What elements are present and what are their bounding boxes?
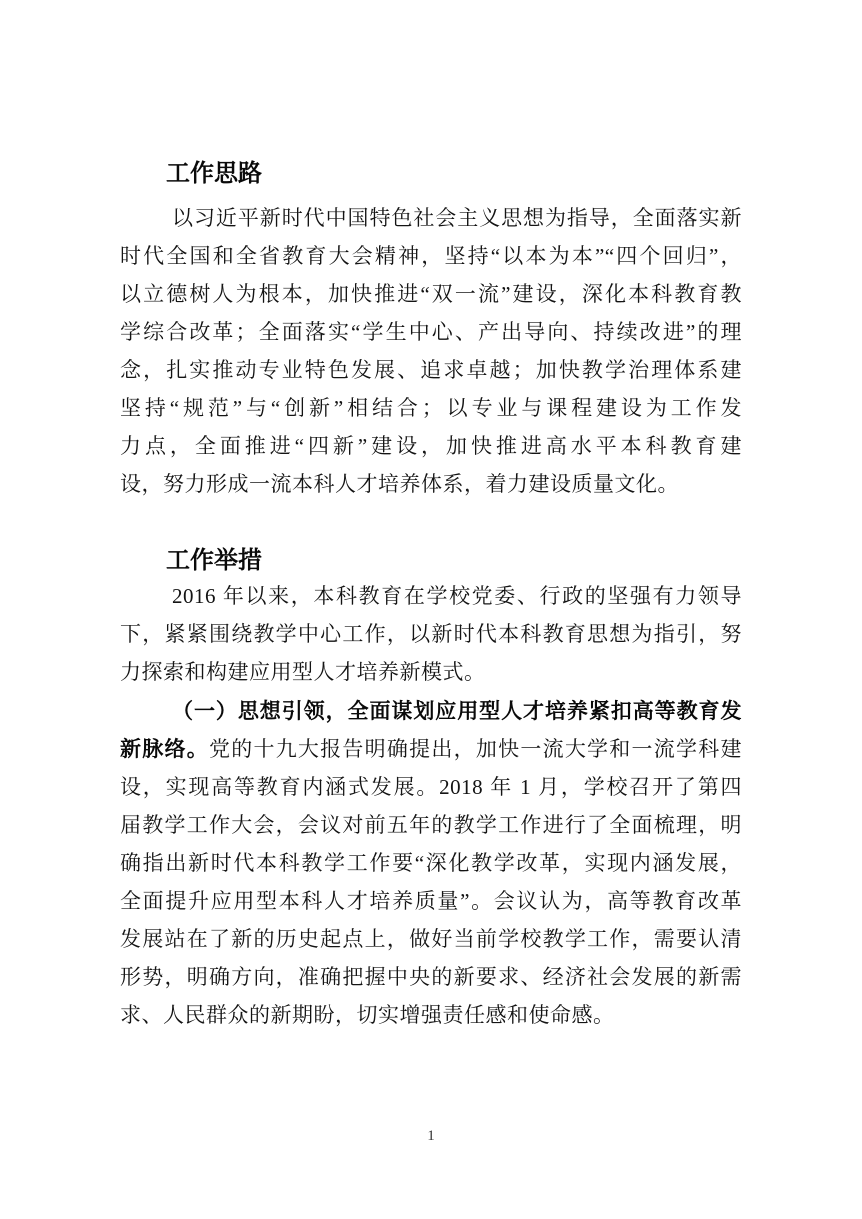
- section-heading-work-approach: 工作思路: [166, 155, 262, 193]
- text-line: 力探索和构建应用型人才培养新模式。: [120, 653, 742, 691]
- text-line: 届教学工作大会，会议对前五年的教学工作进行了全面梳理，明: [120, 806, 742, 844]
- text-segment: 党的十九大报告明确提出，加快一流大学和一流学科建: [209, 737, 742, 761]
- text-line: 确指出新时代本科教学工作要“深化教学改革，实现内涵发展，: [120, 844, 742, 882]
- page-number: 1: [0, 1125, 862, 1147]
- text-line: 设，努力形成一流本科人才培养体系，着力建设质量文化。: [120, 465, 742, 503]
- text-line: 以立德树人为根本，加快推进“双一流”建设，深化本科教育教: [120, 275, 742, 313]
- text-line: 全面提升应用型本科人才培养质量”。会议认为，高等教育改革: [120, 882, 742, 920]
- text-line: 坚持“规范”与“创新”相结合；以专业与课程建设为工作发: [120, 389, 742, 427]
- text-line: 设，实现高等教育内涵式发展。2018 年 1 月，学校召开了第四: [120, 768, 742, 806]
- text-line: 时代全国和全省教育大会精神，坚持“以本为本”“四个回归”，: [120, 237, 742, 275]
- text-line: 形势，明确方向，准确把握中央的新要求、经济社会发展的新需: [120, 958, 742, 996]
- text-line: 发展站在了新的历史起点上，做好当前学校教学工作，需要认清: [120, 920, 742, 958]
- paragraph-ideological-guidance: （一）思想引领，全面谋划应用型人才培养紧扣高等教育发展新脉络。党的十九大报告明确…: [120, 692, 742, 1034]
- text-line: 新脉络。党的十九大报告明确提出，加快一流大学和一流学科建: [120, 730, 742, 768]
- text-line: 学综合改革；全面落实“学生中心、产出导向、持续改进”的理: [120, 313, 742, 351]
- paragraph-work-measures-intro: 2016 年以来，本科教育在学校党委、行政的坚强有力领导下，紧紧围绕教学中心工作…: [120, 577, 742, 691]
- text-line: 求、人民群众的新期盼，切实增强责任感和使命感。: [120, 996, 742, 1034]
- section-heading-work-measures: 工作举措: [166, 542, 262, 580]
- text-line: 以习近平新时代中国特色社会主义思想为指导，全面落实新: [120, 199, 742, 237]
- text-line: 力点，全面推进“四新”建设，加快推进高水平本科教育建: [120, 427, 742, 465]
- text-line: 2016 年以来，本科教育在学校党委、行政的坚强有力领导: [120, 577, 742, 615]
- bold-text-segment: （一）思想引领，全面谋划应用型人才培养紧扣高等教育发展: [120, 700, 742, 730]
- paragraph-work-approach: 以习近平新时代中国特色社会主义思想为指导，全面落实新时代全国和全省教育大会精神，…: [120, 199, 742, 503]
- text-line: 下，紧紧围绕教学中心工作，以新时代本科教育思想为指引，努: [120, 615, 742, 653]
- text-line: （一）思想引领，全面谋划应用型人才培养紧扣高等教育发展: [120, 692, 742, 730]
- bold-text-segment: 新脉络。: [120, 738, 209, 761]
- document-page: 工作思路 以习近平新时代中国特色社会主义思想为指导，全面落实新时代全国和全省教育…: [0, 0, 862, 1219]
- text-line: 念，扎实推动专业特色发展、追求卓越；加快教学治理体系建设，: [120, 351, 742, 389]
